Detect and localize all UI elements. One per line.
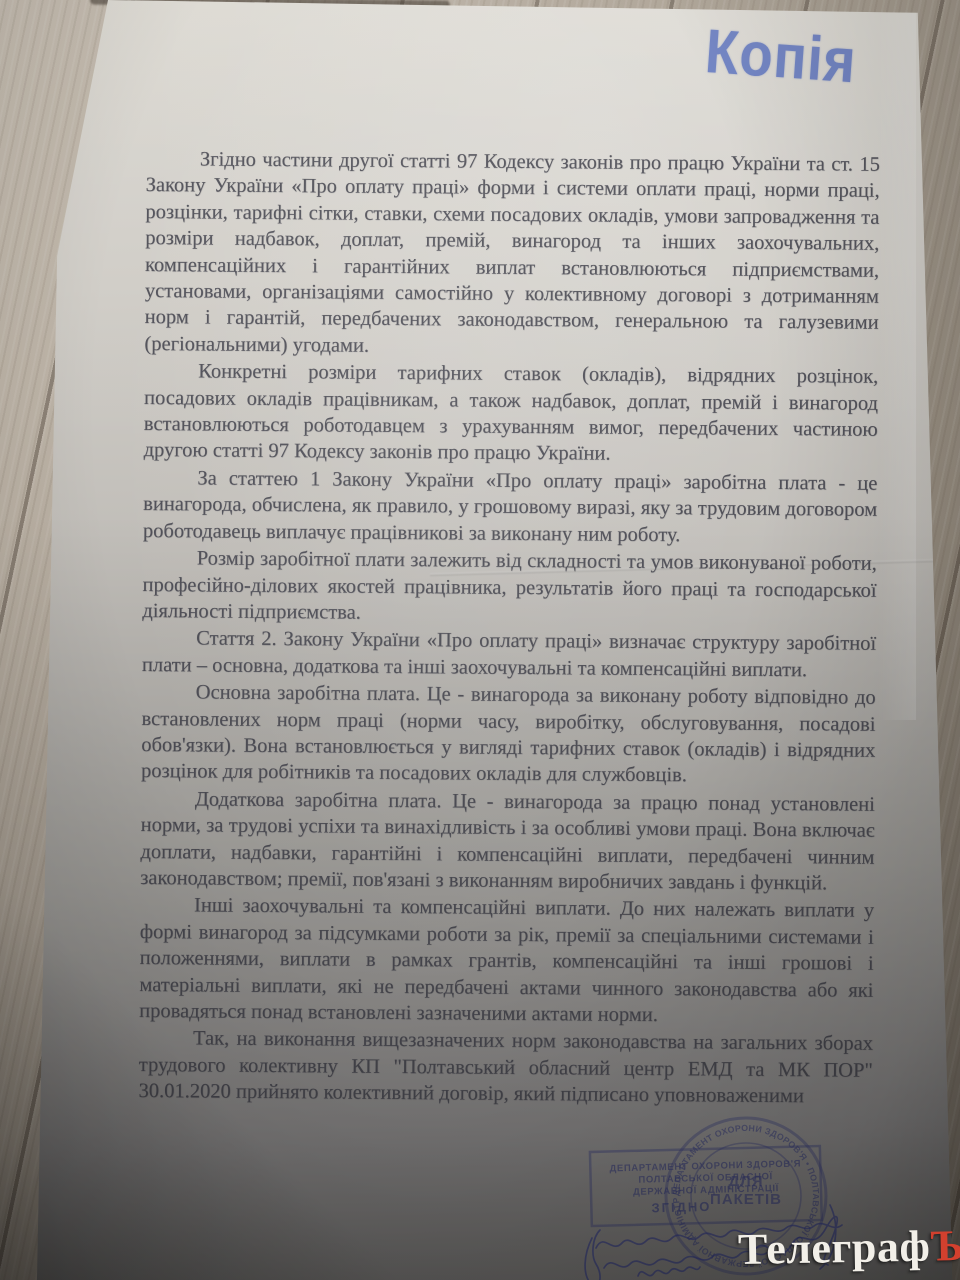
round-stamp: ДЕПАРТАМЕНТ ОХОРОНИ ЗДОРОВ'Я • ПОЛТАВСЬК… bbox=[0, 0, 826, 1274]
rect-stamp: ДЕПАРТАМЕНТ ОХОРОНИ ЗДОРОВ'Я ПОЛТАВСЬКОЇ… bbox=[590, 1146, 822, 1226]
watermark-suffix: Ъ bbox=[930, 1221, 960, 1271]
telegraf-watermark: ТелеграфЪ bbox=[738, 1220, 960, 1275]
round-stamp-center-top: ДЛЯ bbox=[729, 1173, 764, 1190]
round-stamp-ring-text: ДЕПАРТАМЕНТ ОХОРОНИ ЗДОРОВ'Я • ПОЛТАВСЬК… bbox=[0, 0, 821, 1269]
paper-sheet: Копія Згідно частини другої статті 97 Ко… bbox=[0, 0, 960, 1280]
svg-text:ДЕПАРТАМЕНТ ОХОРОНИ ЗДОРОВ'Я •: ДЕПАРТАМЕНТ ОХОРОНИ ЗДОРОВ'Я • ПОЛТАВСЬК… bbox=[0, 0, 821, 1269]
document-photo: Копія Згідно частини другої статті 97 Ко… bbox=[0, 0, 960, 1280]
stamps-and-signatures: ДЕПАРТАМЕНТ ОХОРОНИ ЗДОРОВ'Я ПОЛТАВСЬКОЇ… bbox=[0, 0, 960, 1280]
watermark-main: Телеграф bbox=[738, 1222, 931, 1274]
round-stamp-center-bottom: ПАКЕТІВ bbox=[710, 1191, 782, 1208]
